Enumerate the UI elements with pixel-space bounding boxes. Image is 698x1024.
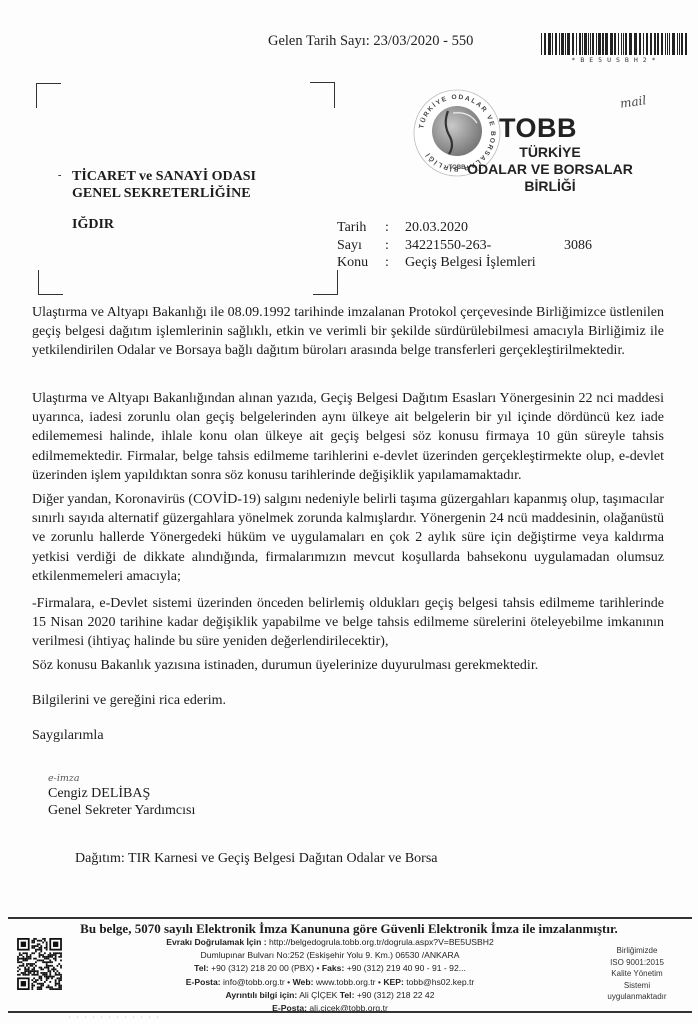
tel-value: +90 (312) 218 20 00 (PBX) — [211, 963, 314, 973]
meta-colon: : — [385, 237, 405, 255]
fax-label: Faks: — [322, 963, 344, 973]
footer-faint-text: · · · · · · · · · · · · — [68, 1015, 160, 1021]
recipient-city: IĞDIR — [72, 217, 114, 233]
meta-row-subject: Konu : Geçiş Belgesi İşlemleri — [337, 254, 536, 272]
document-meta: Tarih : 20.03.2020 Sayı : 34221550-263- … — [337, 219, 536, 272]
detail-label: Ayrıntılı bilgi için: — [226, 990, 298, 1000]
verify-line: Evrakı Doğrulamak İçin : http://belgedog… — [140, 936, 520, 949]
web-link[interactable]: www.tobb.org.tr — [316, 977, 376, 987]
detail-email-line: E-Posta: ali.cicek@tobb.org.tr — [140, 1002, 520, 1015]
bullet-separator: • — [316, 963, 319, 973]
closing-request: Bilgilerini ve gereğini rica ederim. — [32, 691, 664, 710]
iso-line: Kalite Yönetim — [592, 968, 682, 980]
signer-name: Cengiz DELİBAŞ — [48, 785, 195, 802]
signer-title: Genel Sekreter Yardımcısı — [48, 802, 195, 819]
footer-bottom-rule — [8, 1011, 692, 1013]
incoming-date-number: Gelen Tarih Sayı: 23/03/2020 - 550 — [268, 33, 473, 50]
tobb-logo-subtitle: TÜRKİYE ODALAR VE BORSALAR BİRLİĞİ — [455, 144, 645, 195]
email-link[interactable]: info@tobb.org.tr — [223, 977, 285, 987]
address-corner-bottom-left — [38, 270, 63, 295]
verify-label: Evrakı Doğrulamak İçin : — [166, 937, 266, 947]
meta-number-label: Sayı — [337, 237, 385, 255]
recipient-line-2: GENEL SEKRETERLİĞİNE — [72, 185, 256, 202]
meta-colon: : — [385, 254, 405, 272]
detail-tel-label: Tel: — [340, 990, 355, 1000]
distribution-line: Dağıtım: TIR Karnesi ve Geçiş Belgesi Da… — [75, 851, 437, 867]
body-paragraph-3: Diğer yandan, Koronavirüs (COVİD-19) sal… — [32, 490, 664, 586]
meta-subject-value: Geçiş Belgesi İşlemleri — [405, 254, 536, 272]
signature-block: Cengiz DELİBAŞ Genel Sekreter Yardımcısı — [48, 785, 195, 819]
fax-value: +90 (312) 219 40 90 - 91 - 92... — [347, 963, 466, 973]
meta-row-date: Tarih : 20.03.2020 — [337, 219, 536, 237]
address-corner-top-right — [310, 82, 335, 108]
iso-line: Sistemi — [592, 980, 682, 992]
detail-name: Ali ÇİÇEK — [299, 990, 337, 1000]
email-label: E-Posta: — [186, 977, 221, 987]
recipient-marker: - — [58, 170, 61, 181]
recipient-block: TİCARET ve SANAYİ ODASI GENEL SEKRETERLİ… — [72, 168, 256, 202]
body-paragraph-2: Ulaştırma ve Altyapı Bakanlığından alına… — [32, 389, 664, 485]
bullet-separator: • — [378, 977, 381, 987]
kep-label: KEP: — [383, 977, 404, 987]
body-paragraph-1: Ulaştırma ve Altyapı Bakanlığı ile 08.09… — [32, 303, 664, 361]
meta-date-label: Tarih — [337, 219, 385, 237]
footer-contact-block: Evrakı Doğrulamak İçin : http://belgedog… — [140, 936, 520, 1015]
online-contact-line: E-Posta: info@tobb.org.tr • Web: www.tob… — [140, 976, 520, 989]
address-corner-top-left — [36, 83, 61, 108]
detail-tel-value: +90 (312) 218 22 42 — [357, 990, 435, 1000]
document-barcode: *BE5USBH2* — [541, 33, 691, 63]
phone-line: Tel: +90 (312) 218 20 00 (PBX) • Faks: +… — [140, 962, 520, 975]
tobb-logo-wordmark: TOBB — [499, 113, 577, 144]
meta-number-suffix: 3086 — [564, 237, 592, 255]
tel-label: Tel: — [194, 963, 209, 973]
closing-regards: Saygılarımla — [32, 726, 664, 745]
meta-subject-label: Konu — [337, 254, 385, 272]
logo-sub-line-1: TÜRKİYE — [455, 144, 645, 161]
meta-number-value: 34221550-263- — [405, 237, 491, 255]
body-paragraph-4: -Firmalara, e-Devlet sistemi üzerinden ö… — [32, 594, 664, 652]
bullet-separator: • — [287, 977, 290, 987]
footer-top-rule — [8, 917, 692, 919]
web-label: Web: — [293, 977, 314, 987]
iso-line: uygulanmaktadır — [592, 991, 682, 1003]
e-signature-label: e-imza — [48, 773, 80, 784]
barcode-text: *BE5USBH2* — [541, 56, 691, 64]
handwritten-mark: mail — [619, 93, 647, 111]
logo-sub-line-2: ODALAR VE BORSALAR — [455, 161, 645, 178]
detail-contact-line: Ayrıntılı bilgi için: Ali ÇİÇEK Tel: +90… — [140, 989, 520, 1002]
verify-url-link[interactable]: http://belgedogrula.tobb.org.tr/dogrula.… — [269, 937, 494, 947]
logo-sub-line-3: BİRLİĞİ — [455, 178, 645, 195]
barcode-bars — [541, 33, 691, 55]
meta-colon: : — [385, 219, 405, 237]
iso-line: Birliğimizde — [592, 945, 682, 957]
meta-date-value: 20.03.2020 — [405, 219, 468, 237]
iso-line: ISO 9001:2015 — [592, 957, 682, 969]
kep-link[interactable]: tobb@hs02.kep.tr — [406, 977, 474, 987]
qr-code-icon — [17, 938, 62, 990]
meta-row-number: Sayı : 34221550-263- — [337, 237, 536, 255]
iso-certification-note: Birliğimizde ISO 9001:2015 Kalite Yöneti… — [592, 945, 682, 1003]
recipient-line-1: TİCARET ve SANAYİ ODASI — [72, 168, 256, 185]
e-signature-legal-notice: Bu belge, 5070 sayılı Elektronik İmza Ka… — [0, 921, 698, 937]
address-line: Dumlupınar Bulvarı No:252 (Eskişehir Yol… — [140, 949, 520, 962]
body-paragraph-5: Söz konusu Bakanlık yazısına istinaden, … — [32, 656, 664, 675]
address-corner-bottom-right — [313, 270, 338, 295]
